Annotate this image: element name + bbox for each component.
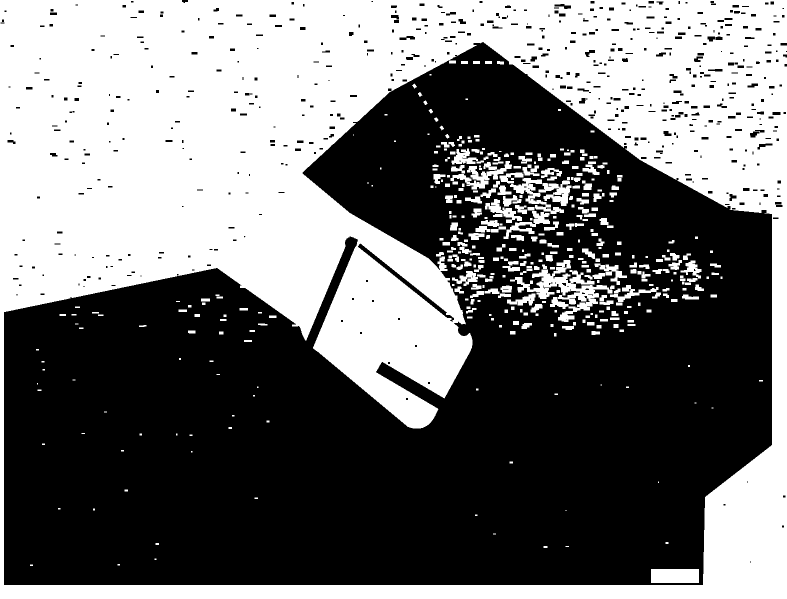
bottom-margin-band <box>0 585 787 599</box>
left-margin-strip <box>0 300 4 585</box>
scale-bar <box>651 569 699 583</box>
line-end-blob <box>458 324 470 336</box>
photo-canvas <box>0 0 787 599</box>
hinge-knob <box>345 237 357 249</box>
binarized-micrograph <box>0 0 787 599</box>
